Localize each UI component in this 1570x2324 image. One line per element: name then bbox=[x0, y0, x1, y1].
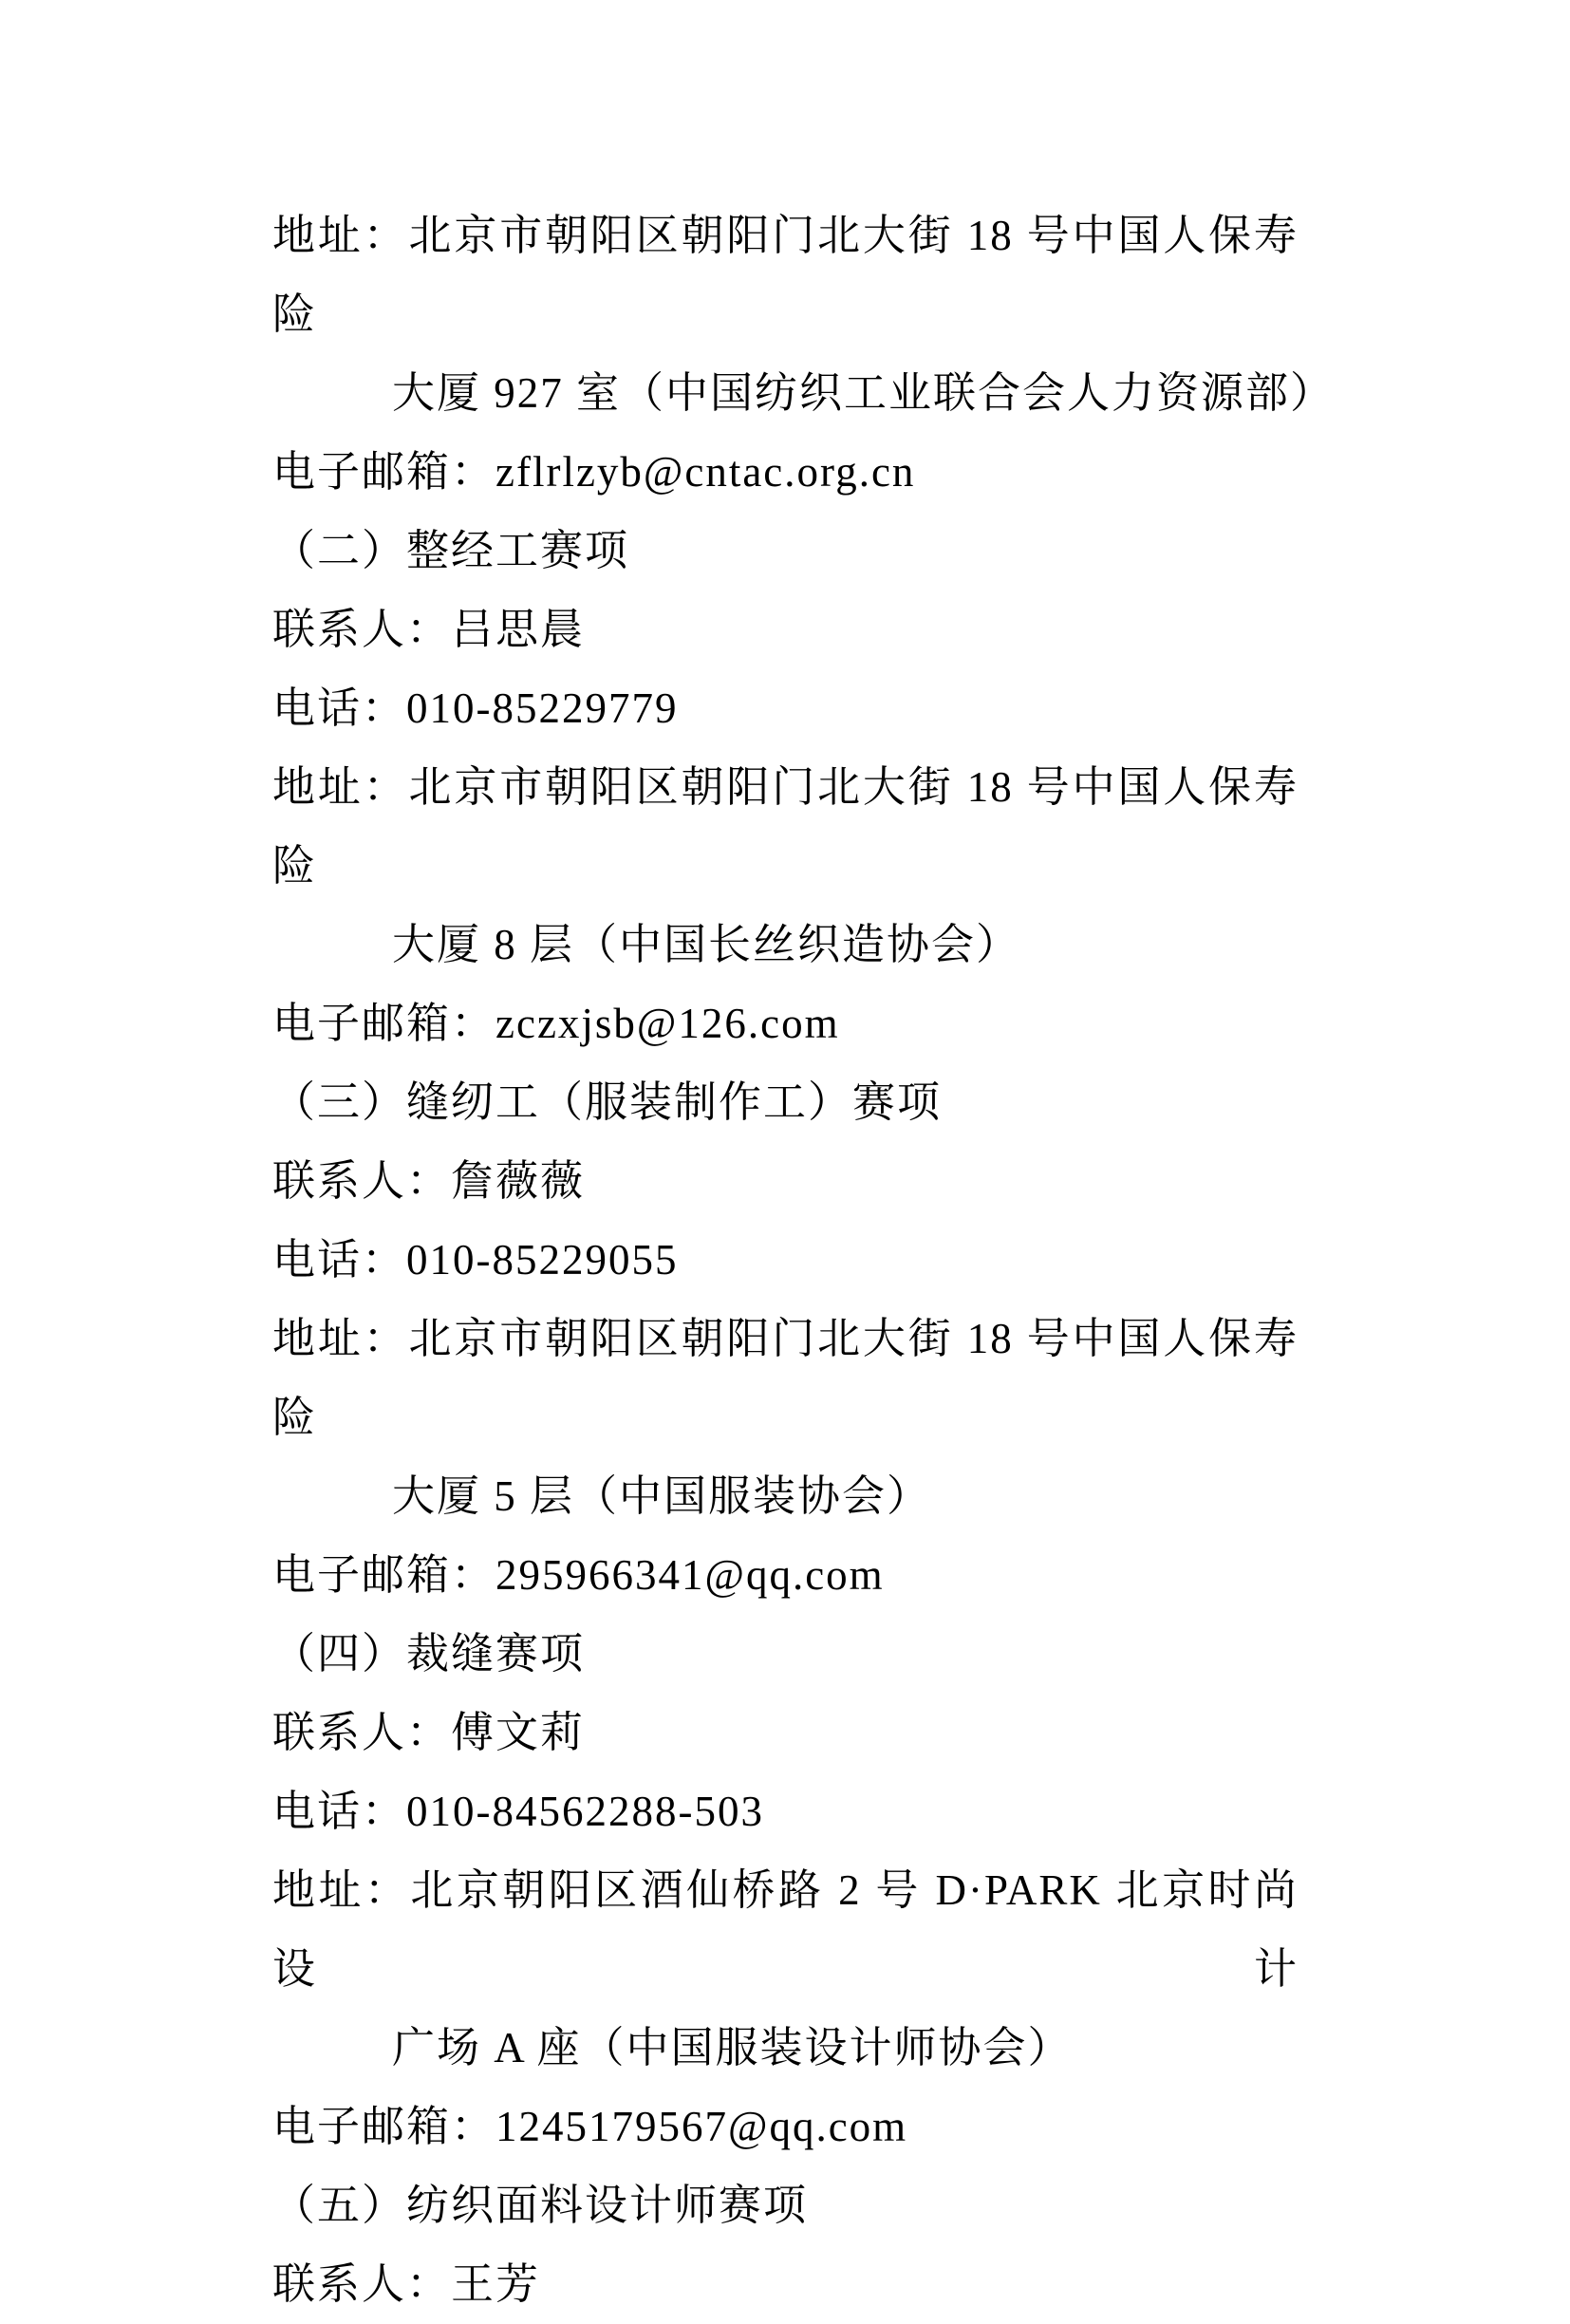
contact-line: 联系人：王芳 bbox=[272, 2245, 1299, 2324]
section-heading: （四）裁缝赛项 bbox=[272, 1615, 1299, 1694]
contact-line: 联系人：傅文莉 bbox=[272, 1694, 1299, 1772]
address-line: 地址：北京朝阳区酒仙桥路 2 号 D·PARK 北京时尚设计 bbox=[272, 1851, 1299, 2009]
section-heading: （五）纺织面料设计师赛项 bbox=[272, 2166, 1299, 2245]
address-continuation-line: 大厦 927 室（中国纺织工业联合会人力资源部） bbox=[272, 354, 1299, 433]
contact-line: 联系人：詹薇薇 bbox=[272, 1142, 1299, 1221]
address-line: 地址：北京市朝阳区朝阳门北大街 18 号中国人保寿险 bbox=[272, 197, 1299, 354]
address-continuation-line: 大厦 8 层（中国长丝织造协会） bbox=[272, 906, 1299, 984]
email-line: 电子邮箱：zflrlzyb@cntac.org.cn bbox=[272, 433, 1299, 512]
section-heading: （三）缝纫工（服装制作工）赛项 bbox=[272, 1063, 1299, 1142]
email-line: 电子邮箱：zczxjsb@126.com bbox=[272, 984, 1299, 1063]
address-continuation-line: 大厦 5 层（中国服装协会） bbox=[272, 1457, 1299, 1536]
phone-line: 电话：010-85229055 bbox=[272, 1221, 1299, 1300]
address-continuation-line: 广场 A 座（中国服装设计师协会） bbox=[272, 2009, 1299, 2088]
phone-line: 电话：010-85229779 bbox=[272, 669, 1299, 748]
address-line: 地址：北京市朝阳区朝阳门北大街 18 号中国人保寿险 bbox=[272, 1300, 1299, 1457]
contact-line: 联系人：吕思晨 bbox=[272, 590, 1299, 669]
phone-line: 电话：010-84562288-503 bbox=[272, 1772, 1299, 1851]
section-heading: （二）整经工赛项 bbox=[272, 512, 1299, 590]
address-line: 地址：北京市朝阳区朝阳门北大街 18 号中国人保寿险 bbox=[272, 748, 1299, 906]
email-line: 电子邮箱：295966341@qq.com bbox=[272, 1536, 1299, 1615]
email-line: 电子邮箱：1245179567@qq.com bbox=[272, 2088, 1299, 2166]
document-page: 地址：北京市朝阳区朝阳门北大街 18 号中国人保寿险 大厦 927 室（中国纺织… bbox=[0, 0, 1570, 2221]
